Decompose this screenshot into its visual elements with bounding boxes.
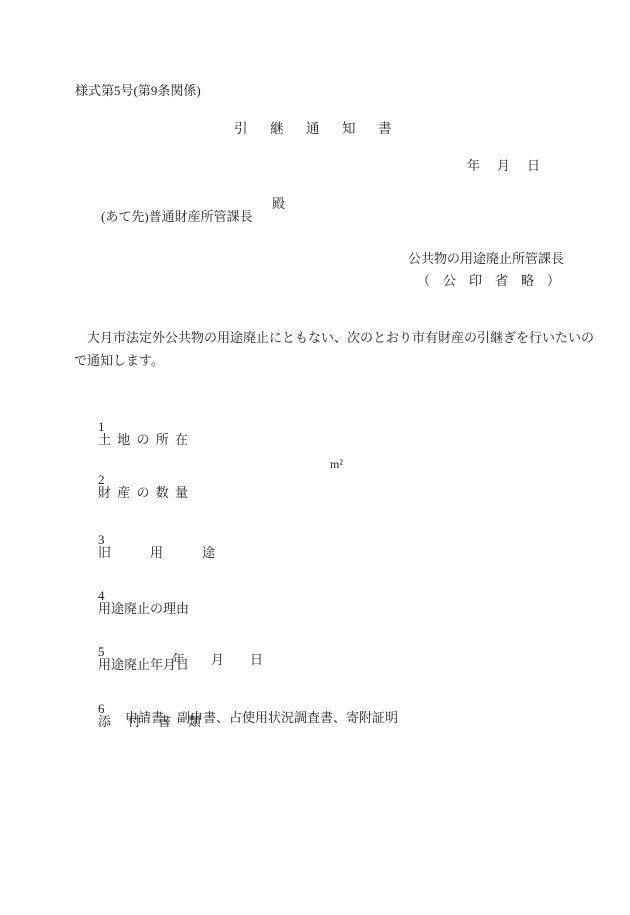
- document-page: 様式第5号(第9条関係) 引 継 通 知 書 年 月 日 (あて先)普通財産所管…: [0, 0, 630, 915]
- date-placeholder: 年 月 日: [172, 653, 263, 666]
- addressee-label: (あて先)普通財産所管課長: [101, 209, 253, 224]
- attachment-list: 申請書、副申書、占使用状況調査書、寄附証明: [125, 711, 398, 724]
- unit-square-meters: m²: [330, 458, 343, 470]
- item-label: 用途廃止の理由: [98, 601, 189, 616]
- item-former-use: 3 旧 用 途: [85, 520, 215, 572]
- date-line: 年 月 日: [467, 159, 542, 172]
- item-label: 財 産 の 数 量: [98, 485, 190, 500]
- item-land-location: 1 土 地 の 所 在: [85, 407, 190, 459]
- honorific-label: 殿: [272, 197, 285, 210]
- item-label: 土 地 の 所 在: [98, 432, 190, 447]
- seal-omission-note: （ 公 印 省 略 ）: [417, 274, 560, 287]
- body-line-2: で通知します。: [74, 354, 164, 367]
- form-number: 様式第5号(第9条関係): [75, 84, 201, 97]
- document-title: 引 継 通 知 書: [0, 122, 630, 136]
- item-abolition-reason: 4 用途廃止の理由: [85, 576, 189, 628]
- item-property-quantity: 2 財 産 の 数 量: [85, 460, 190, 512]
- body-line-1: 大月市法定外公共物の用途廃止にともない、次のとおり市有財産の引継ぎを行いたいの: [74, 331, 594, 344]
- item-label: 旧 用 途: [98, 545, 215, 560]
- addressee-line: (あて先)普通財産所管課長 殿: [88, 197, 253, 249]
- sender-title: 公共物の用途廃止所管課長: [408, 252, 564, 265]
